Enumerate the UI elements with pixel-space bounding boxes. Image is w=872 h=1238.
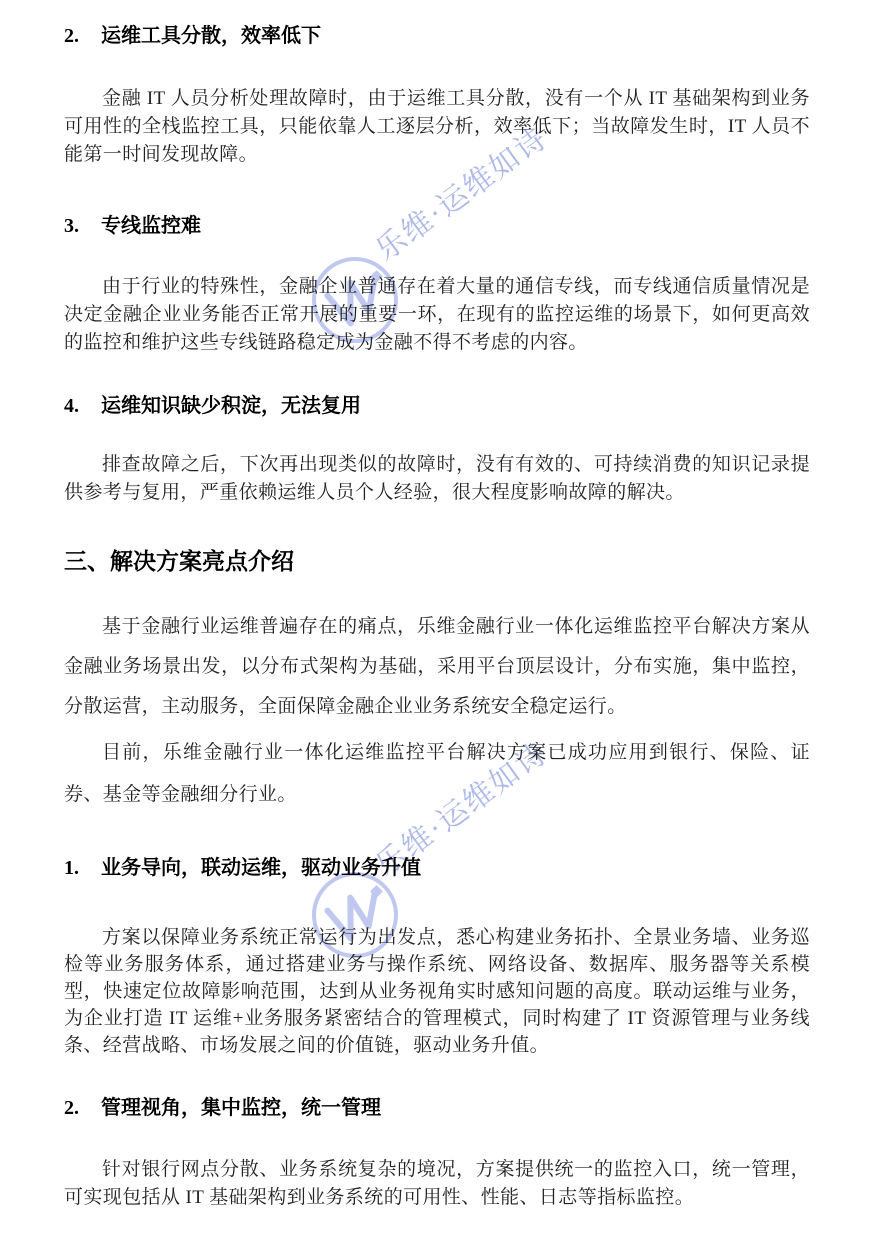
- heading-item-4: 4.运维知识缺少积淀，无法复用: [64, 394, 810, 418]
- paragraph-leased-line: 由于行业的特殊性，金融企业普通存在着大量的通信专线，而专线通信质量情况是决定金融…: [64, 273, 810, 357]
- heading-number: 1.: [64, 856, 101, 880]
- document-page: 乐维·运维如诗 乐维·运维如诗 2.运维工具分散，效率低下 金融 IT 人员分析…: [0, 0, 872, 1238]
- paragraph-business-oriented: 方案以保障业务系统正常运行为出发点，悉心构建业务拓扑、全景业务墙、业务巡检等业务…: [64, 924, 810, 1059]
- heading-number: 4.: [64, 394, 101, 418]
- paragraph-solution-applied: 目前，乐维金融行业一体化运维监控平台解决方案已成功应用到银行、保险、证券、基金等…: [64, 732, 810, 816]
- heading-number: 2.: [64, 1096, 101, 1120]
- paragraph-tools-dispersed: 金融 IT 人员分析处理故障时，由于运维工具分散，没有一个从 IT 基础架构到业…: [64, 85, 810, 169]
- heading-title: 业务导向，联动运维，驱动业务升值: [101, 857, 421, 879]
- heading-title: 运维工具分散，效率低下: [101, 25, 321, 47]
- heading-title: 管理视角，集中监控，统一管理: [101, 1097, 381, 1119]
- heading-item-2: 2.运维工具分散，效率低下: [64, 24, 810, 48]
- heading-sub-2: 2.管理视角，集中监控，统一管理: [64, 1096, 810, 1120]
- paragraph-knowledge-reuse: 排查故障之后，下次再出现类似的故障时，没有有效的、可持续消费的知识记录提供参考与…: [64, 451, 810, 507]
- heading-title: 运维知识缺少积淀，无法复用: [101, 395, 361, 417]
- paragraph-management-view: 针对银行网点分散、业务系统复杂的境况，方案提供统一的监控入口，统一管理，可实现包…: [64, 1156, 810, 1212]
- section-heading-solution-highlights: 三、解决方案亮点介绍: [64, 548, 810, 575]
- heading-title: 专线监控难: [101, 215, 201, 237]
- paragraph-solution-intro: 基于金融行业运维普遍存在的痛点，乐维金融行业一体化运维监控平台解决方案从金融业务…: [64, 607, 810, 727]
- heading-item-3: 3.专线监控难: [64, 214, 810, 238]
- heading-number: 2.: [64, 24, 101, 48]
- heading-number: 3.: [64, 214, 101, 238]
- heading-sub-1: 1.业务导向，联动运维，驱动业务升值: [64, 856, 810, 880]
